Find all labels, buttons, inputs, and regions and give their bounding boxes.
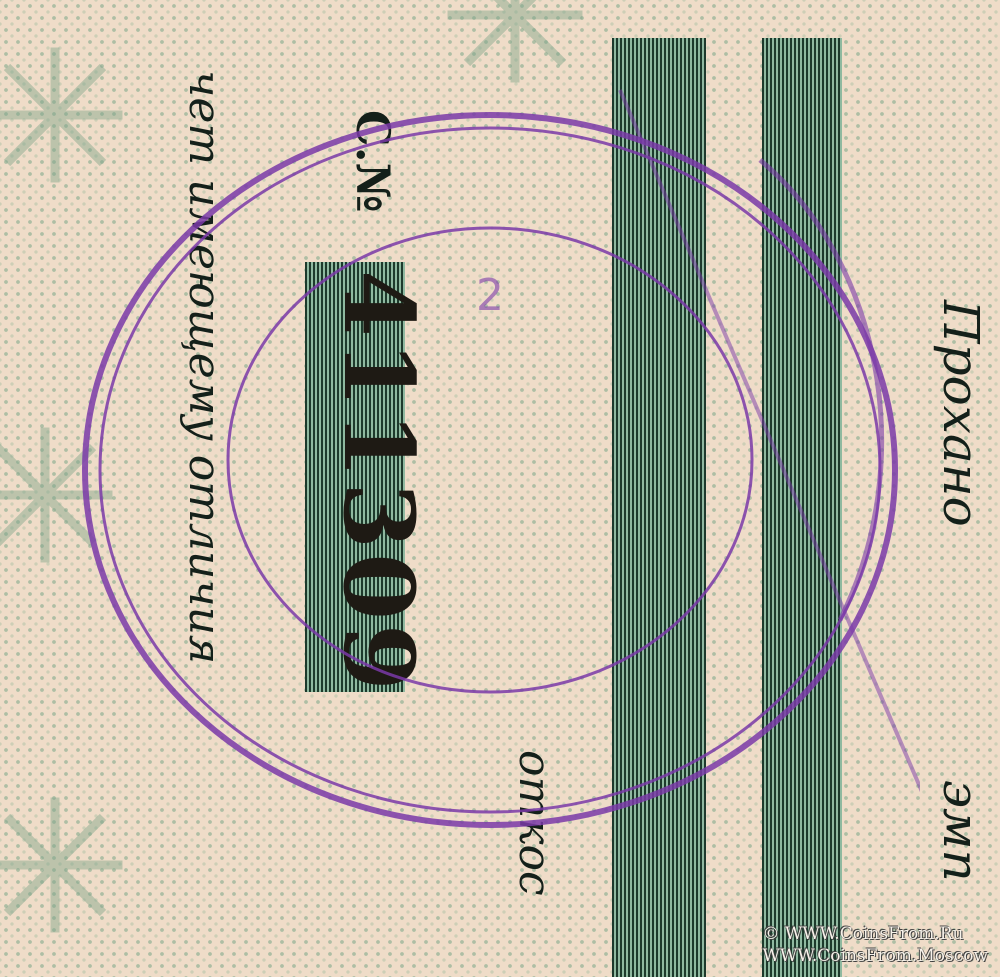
stamp-inner-text: 2 [476,270,504,321]
watermark: © WWW.CoinsFrom.Ru WWW.CoinsFrom.Moscow [762,923,988,967]
watermark-line-1: © WWW.CoinsFrom.Ru [762,923,988,945]
handwritten-bottom-right: эмп [932,780,990,882]
circular-stamp: 2 [60,60,920,920]
watermark-line-2: WWW.CoinsFrom.Moscow [762,945,988,967]
handwritten-right: Прохано [932,300,990,527]
